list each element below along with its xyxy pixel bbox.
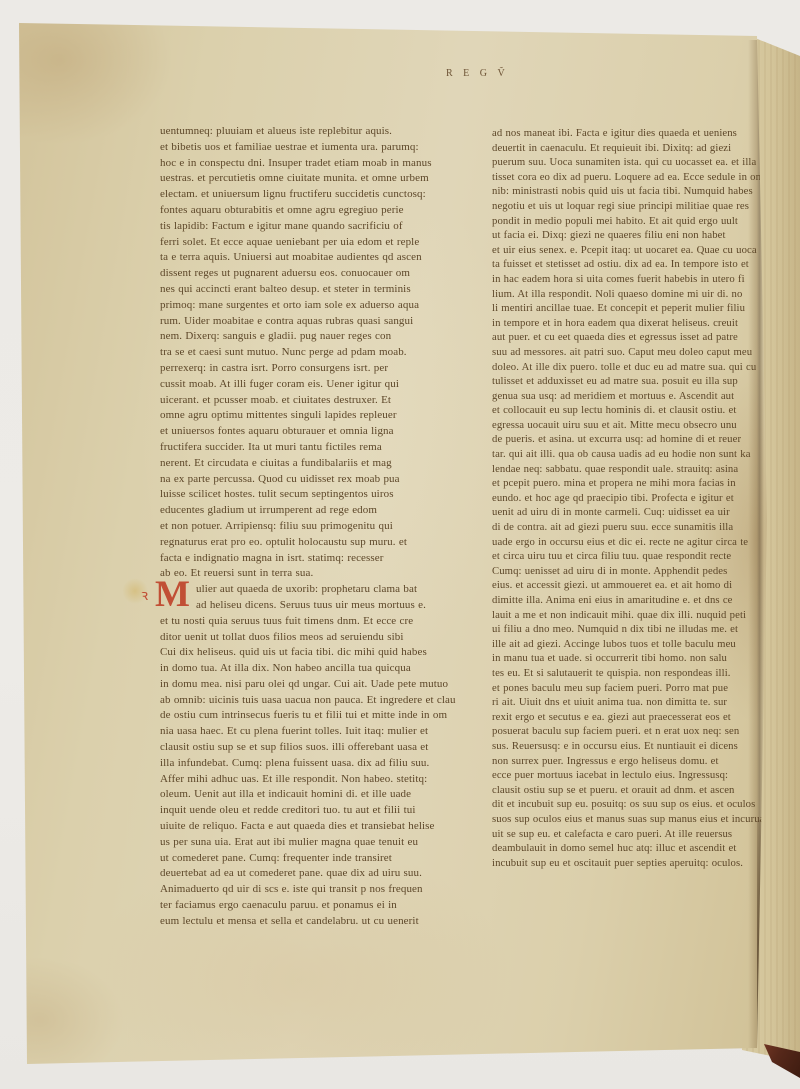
- manuscript-line: ab omnib: uicinis tuis uasa uacua non pa…: [160, 693, 464, 709]
- manuscript-line: rexit ergo et secutus e ea. giezi aut pr…: [492, 710, 796, 725]
- manuscript-line: negotiu et uis ut loquar regi siue princ…: [492, 199, 796, 214]
- manuscript-line: tar. qui ait illi. qua ob causa uadis ad…: [492, 447, 796, 462]
- manuscript-line: aut puer. et cu eet quaeda dies et egres…: [492, 330, 796, 345]
- manuscript-line: suu ad messores. ait patri suo. Caput me…: [492, 345, 796, 360]
- manuscript-line: uade ergo in occursu eius et dic ei. rec…: [492, 535, 796, 550]
- manuscript-line: ulier aut quaeda de uxorib: prophetaru c…: [160, 582, 464, 598]
- manuscript-line: Animaduerto qd uir di scs e. iste qui tr…: [160, 882, 464, 898]
- manuscript-line: clausit ostiu sup se et pueru. et orauit…: [492, 783, 796, 798]
- manuscript-line: ter faciamus ergo caenaculu paruu. et po…: [160, 898, 464, 914]
- manuscript-line: luisse scilicet hostes. tulit secum sept…: [160, 487, 464, 503]
- manuscript-line: doleo. At ille dix puero. tolle et duc e…: [492, 360, 796, 375]
- manuscript-line: ab eo. Et reuersi sunt in terra sua.: [160, 566, 464, 582]
- manuscript-line: tra se et caesi sunt mutuo. Nunc perge a…: [160, 345, 464, 361]
- manuscript-line: eius. et accessit giezi. ut ammoueret ea…: [492, 578, 796, 593]
- manuscript-line: et non potuer. Arripiensq: filiu suu pri…: [160, 519, 464, 535]
- manuscript-line: us per suna uia. Erat aut ibi mulier mag…: [160, 835, 464, 851]
- manuscript-line: primoq: mane surgentes et orto iam sole …: [160, 298, 464, 314]
- manuscript-line: egressa uocauit uiru suu et ait. Mitte m…: [492, 418, 796, 433]
- manuscript-line: tulisset et adduxisset eu ad matre sua. …: [492, 374, 796, 389]
- manuscript-line: ut facia ei. Dixq: giezi ne quaeres fili…: [492, 228, 796, 243]
- manuscript-line: incubuit sup eu et oscitauit puer septie…: [492, 856, 796, 871]
- manuscript-line: ut comederet pane. Cumq: frequenter inde…: [160, 851, 464, 867]
- manuscript-line: nia uasa haec. Et cu plena fuerint tolle…: [160, 724, 464, 740]
- manuscript-line: oleum. Uenit aut illa et indicauit homin…: [160, 787, 464, 803]
- manuscript-line: uentumneq: pluuiam et alueus iste repleb…: [160, 124, 464, 140]
- manuscript-line: eum lectulu et mensa et sella et candela…: [160, 914, 464, 930]
- manuscript-line: nem. Dixerq: sanguis e gladii. pug nauer…: [160, 329, 464, 345]
- manuscript-line: tis lapidib: Factum e igitur mane quando…: [160, 219, 464, 235]
- manuscript-line: in domu mea. nisi paru olei qd ungar. Cu…: [160, 677, 464, 693]
- manuscript-line: genua sua usq: ad meridiem et mortuus e.…: [492, 389, 796, 404]
- manuscript-line: pondit in medio populi mei habito. Et ai…: [492, 214, 796, 229]
- manuscript-line: ri ait. Uiuit dns et uiuit anima tua. no…: [492, 695, 796, 710]
- manuscript-line: na ex parte percussa. Quod cu uidisset r…: [160, 472, 464, 488]
- manuscript-line: lium. At illa respondit. Noli quaeso dom…: [492, 287, 796, 302]
- manuscript-line: de ostiu cum intrinsecus fueris tu et fi…: [160, 708, 464, 724]
- manuscript-line: regnaturus erat pro eo. optulit holocaus…: [160, 535, 464, 551]
- manuscript-line: hoc e in conspectu dni. Insuper tradet e…: [160, 156, 464, 172]
- manuscript-line: facta e indignatio magna in isrt. statim…: [160, 551, 464, 567]
- manuscript-line: tes eu. Et si salutauerit te quispia. no…: [492, 666, 796, 681]
- manuscript-line: posuerat baculu sup faciem pueri. et n e…: [492, 724, 796, 739]
- manuscript-line: ta fuisset et stetisset ad ostiu. dix ad…: [492, 257, 796, 272]
- manuscript-line: Cui dix heliseus. quid uis ut facia tibi…: [160, 645, 464, 661]
- manuscript-line: illa infundebat. Cumq: plena fuissent ua…: [160, 756, 464, 772]
- manuscript-line: uenit ad uiru di in monte carmeli. Cuq: …: [492, 505, 796, 520]
- manuscript-line: li mentiri ancillae tuae. Et concepit et…: [492, 301, 796, 316]
- manuscript-line: deuertit in caenaculu. Et requieuit ibi.…: [492, 141, 796, 156]
- text-column-left: uentumneq: pluuiam et alueus iste repleb…: [160, 124, 464, 930]
- manuscript-line: Affer mihi adhuc uas. Et ille respondit.…: [160, 772, 464, 788]
- rubric-paragraph-mark: ꝛ: [141, 585, 148, 605]
- manuscript-line: sus. Reuersusq: e in occursu eius. Et nu…: [492, 739, 796, 754]
- manuscript-line: cussit moab. At illi fuger coram eis. Ue…: [160, 377, 464, 393]
- manuscript-line: puerum suu. Uoca sunamiten ista. qui cu …: [492, 155, 796, 170]
- manuscript-line: in domo tua. At illa dix. Non habeo anci…: [160, 661, 464, 677]
- manuscript-line: et tu nosti quia seruus tuus fuit timens…: [160, 614, 464, 630]
- text-column-right: ad nos maneat ibi. Facta e igitur dies q…: [492, 126, 796, 870]
- manuscript-line: fructifera succider. Ita ut muri tantu f…: [160, 440, 464, 456]
- manuscript-line: de pueris. et asina. ut excurra usq: ad …: [492, 432, 796, 447]
- manuscript-line: uiuite de reliquo. Facta e aut quaeda di…: [160, 819, 464, 835]
- manuscript-line: et circa uiru tuu et circa filiu tuu. qu…: [492, 549, 796, 564]
- manuscript-line: eundo. et hoc age qd praecipio tibi. Pro…: [492, 491, 796, 506]
- manuscript-line: et bibetis uos et familiae uestrae et iu…: [160, 140, 464, 156]
- manuscript-line: fontes aquaru obturabitis et omne agru e…: [160, 203, 464, 219]
- manuscript-line: et uniuersos fontes aquaru obturauer et …: [160, 424, 464, 440]
- manuscript-line: deambulauit in domo semel huc atq: illuc…: [492, 841, 796, 856]
- manuscript-line: ferri solet. Et ecce aquae ueniebant per…: [160, 235, 464, 251]
- manuscript-line: nes qui accincti erant balteo desup. et …: [160, 282, 464, 298]
- manuscript-line: ille ait ad giezi. Accinge lubos tuos et…: [492, 637, 796, 652]
- manuscript-line: dit et incubuit sup eu. posuitq: os suu …: [492, 797, 796, 812]
- manuscript-line: et pones baculu meu sup faciem pueri. Po…: [492, 681, 796, 696]
- manuscript-line: rum. Uider moabitae e contra aquas rubra…: [160, 314, 464, 330]
- manuscript-line: electam. et uniuersum lignu fructiferu s…: [160, 187, 464, 203]
- manuscript-line: omne agru optimu mittentes singuli lapid…: [160, 408, 464, 424]
- manuscript-line: deuertebat ad ea ut comederet pane. quae…: [160, 866, 464, 882]
- manuscript-line: dimitte illa. Anima eni eius in amaritud…: [492, 593, 796, 608]
- manuscript-line: ta e terra aquis. Uniuersi aut moabitae …: [160, 250, 464, 266]
- manuscript-line: dissent reges ut pugnarent aduersu eos. …: [160, 266, 464, 282]
- manuscript-line: suos sup oculos eius et manus suas sup m…: [492, 812, 796, 827]
- manuscript-line: uicerant. et pcusser moab. et ciuitates …: [160, 393, 464, 409]
- manuscript-line: ditor uenit ut tollat duos filios meos a…: [160, 630, 464, 646]
- manuscript-line: in manu tua et uade. si occurrerit tibi …: [492, 651, 796, 666]
- manuscript-page: R E G Ṽ ꝛ M uentumneq: pluuiam et alueus…: [0, 0, 800, 1089]
- manuscript-line: Cumq: uenisset ad uiru di in monte. Apph…: [492, 564, 796, 579]
- manuscript-line: in hac eadem hora si uita comes fuerit h…: [492, 272, 796, 287]
- manuscript-line: nerent. Et circudata e ciuitas a fundiba…: [160, 456, 464, 472]
- manuscript-line: perrexerq: in castra isrt. Porro consurg…: [160, 361, 464, 377]
- manuscript-line: di de contra. ait ad giezi pueru suu. ec…: [492, 520, 796, 535]
- running-title: R E G Ṽ: [446, 68, 509, 79]
- manuscript-line: inquit uende oleu et redde creditori tuo…: [160, 803, 464, 819]
- manuscript-line: et pcepit puero. mina et propera ne mihi…: [492, 476, 796, 491]
- manuscript-line: lendae neq: sabbatu. quae respondit uale…: [492, 462, 796, 477]
- manuscript-line: uit se sup eu. et calefacta e caro pueri…: [492, 827, 796, 842]
- manuscript-line: et collocauit eu sup lectu hominis di. e…: [492, 403, 796, 418]
- manuscript-line: educentes gladium ut irrumperent ad rege…: [160, 503, 464, 519]
- manuscript-line: ad heliseu dicens. Seruus tuus uir meus …: [160, 598, 464, 614]
- manuscript-line: clausit ostiu sup se et sup filios suos.…: [160, 740, 464, 756]
- manuscript-line: lauit a me et non indicauit mihi. quae d…: [492, 608, 796, 623]
- manuscript-line: in tempore et in hora eadem qua dixerat …: [492, 316, 796, 331]
- manuscript-line: tisset cora eo dix ad pueru. Loquere ad …: [492, 170, 796, 185]
- manuscript-line: ad nos maneat ibi. Facta e igitur dies q…: [492, 126, 796, 141]
- manuscript-line: ui filiu a dno meo. Numquid n dix tibi n…: [492, 622, 796, 637]
- manuscript-line: uestras. et percutietis omne ciuitate mu…: [160, 171, 464, 187]
- manuscript-line: non surrex puer. Ingressus e ergo helise…: [492, 754, 796, 769]
- manuscript-line: nib: ministrasti nobis quid uis ut facia…: [492, 184, 796, 199]
- manuscript-line: ecce puer mortuus iacebat in lectulo eiu…: [492, 768, 796, 783]
- manuscript-line: et uir eius senex. e. Pcepit itaq: ut uo…: [492, 243, 796, 258]
